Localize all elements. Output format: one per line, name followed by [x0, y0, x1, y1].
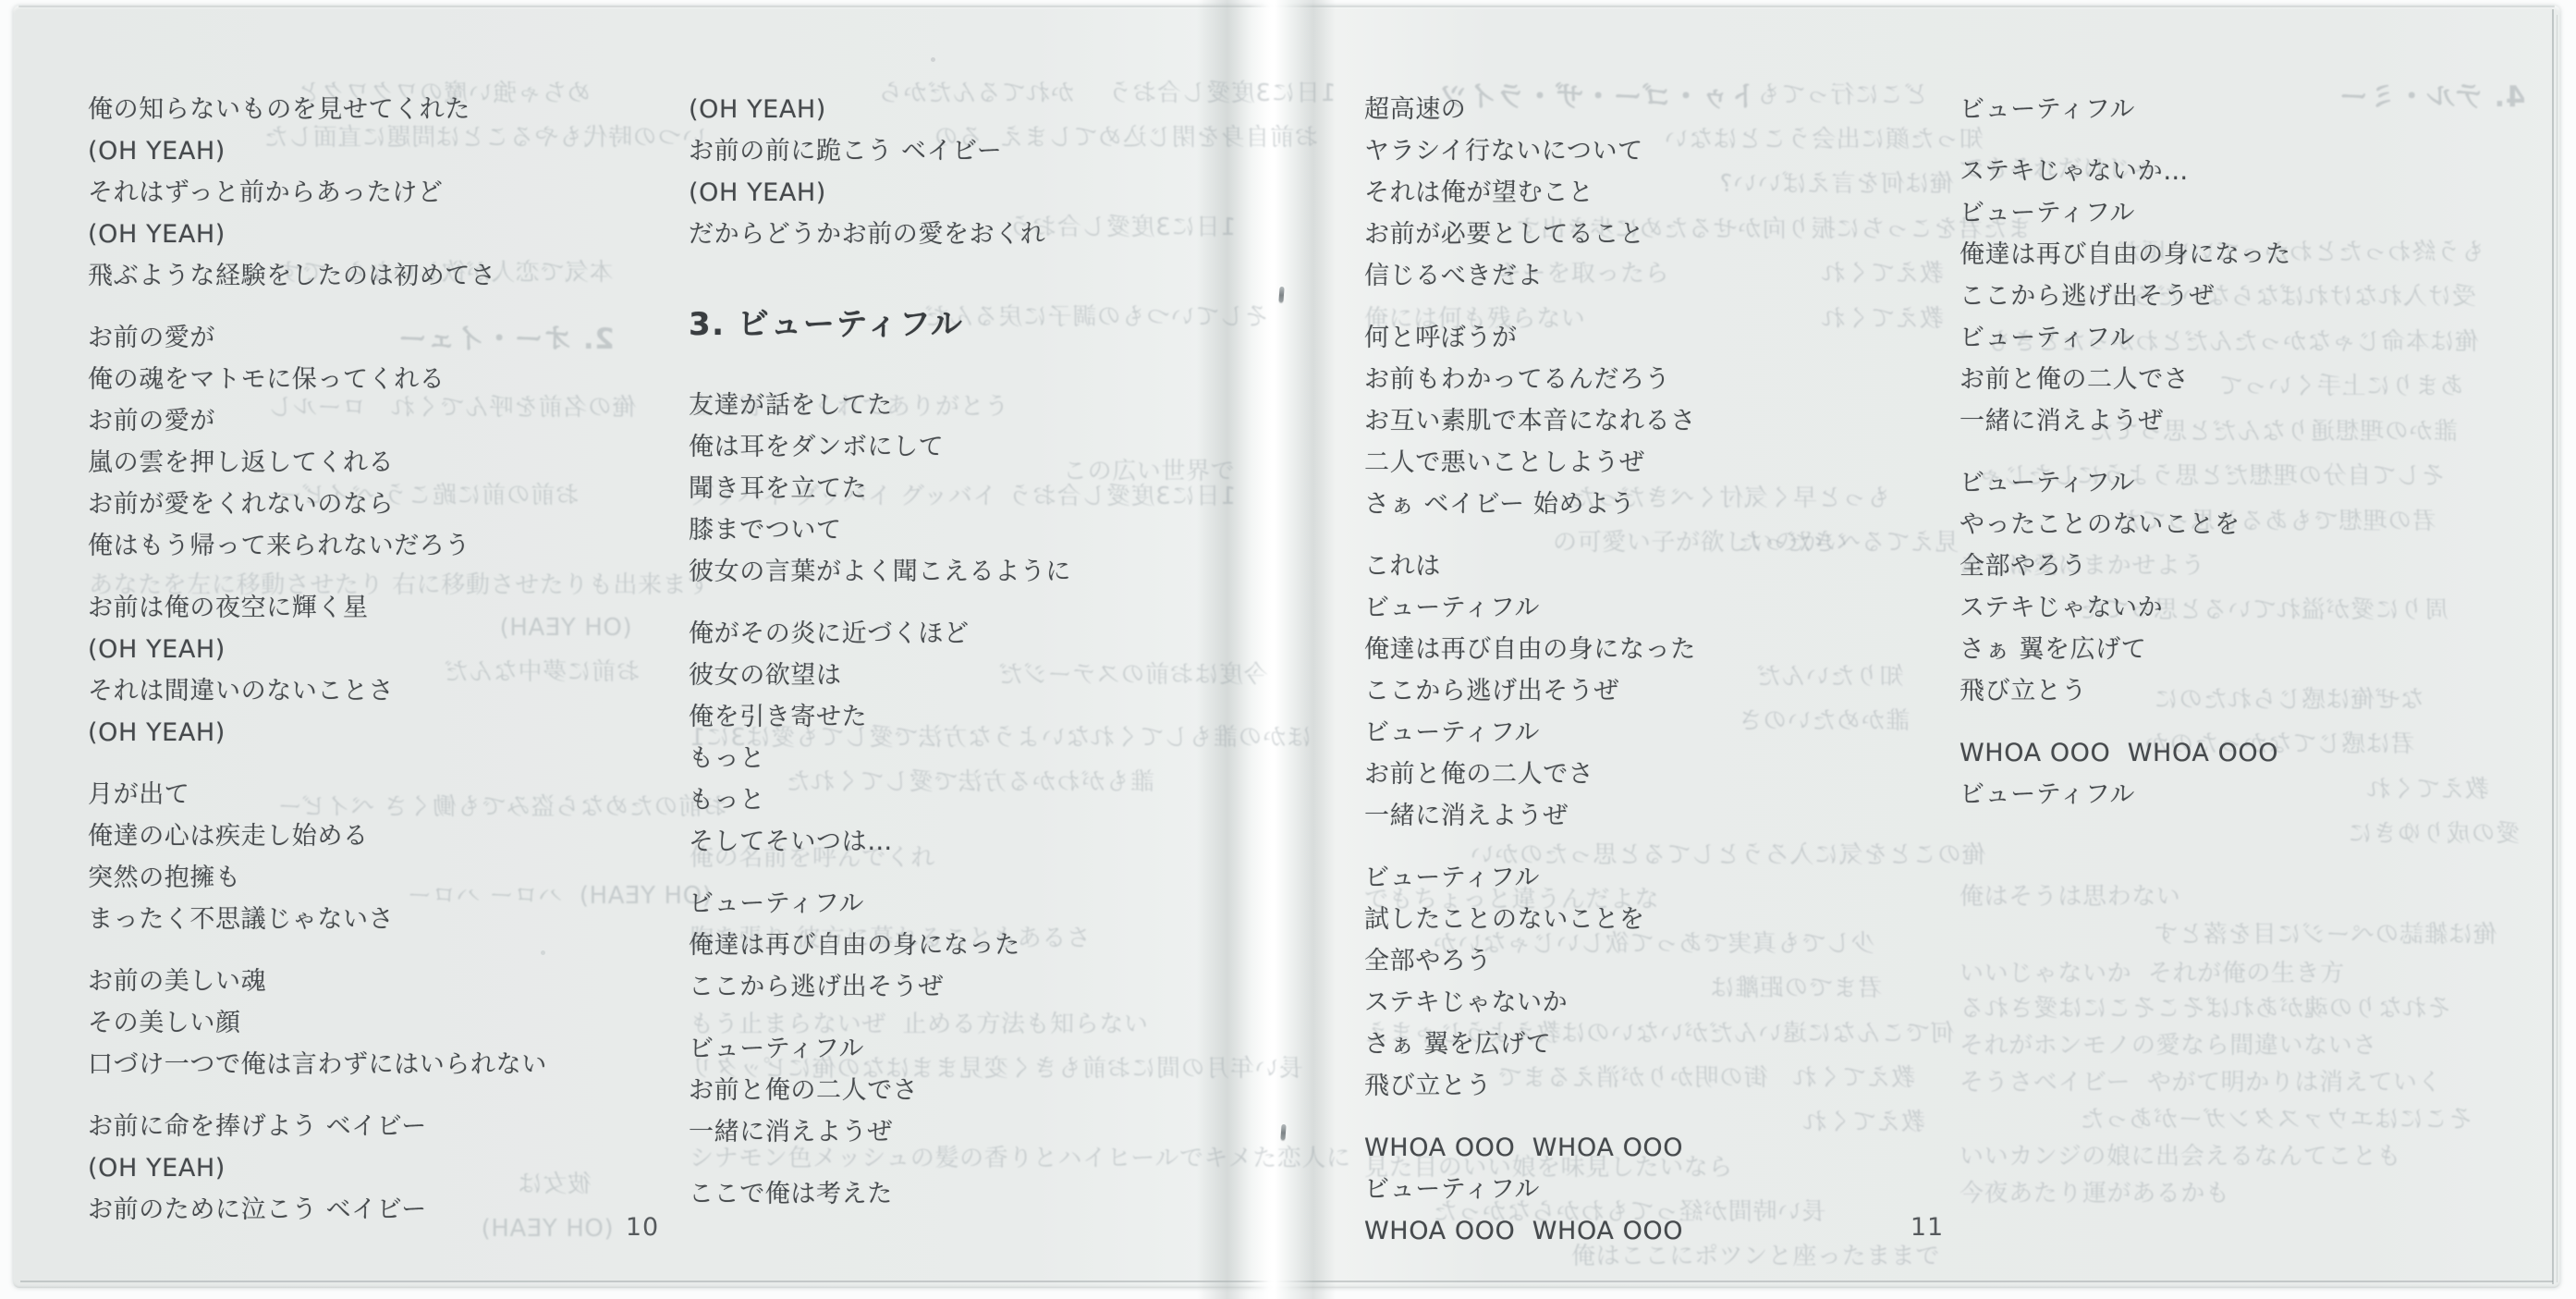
stanza-gap: [1959, 442, 2560, 462]
lyric-line: お前が必要としてること: [1364, 214, 1965, 255]
lyric-line: 俺がその炎に近づくほど: [689, 613, 1289, 655]
lyric-line: 全部やろう: [1364, 940, 1965, 982]
lyrics-column-right-1: 超高速のヤラシイ行ないについてそれは俺が望むことお前が必要としてること信じるべき…: [1364, 89, 1965, 1252]
lyric-line: (OH YEAH): [88, 214, 689, 255]
lyrics-column-right-2: ビューティフルステキじゃないか…ビューティフル俺達は再び自由の身になったここから…: [1959, 89, 2560, 815]
lyric-line: 一緒に消えようぜ: [689, 1111, 1289, 1153]
lyric-line: WHOA OOO WHOA OOO: [1364, 1127, 1965, 1169]
lyric-line: 飛び立とう: [1364, 1065, 1965, 1107]
lyric-line: それは間違いのないことさ: [88, 670, 689, 712]
lyric-line: 飛ぶような経験をしたのは初めてさ: [88, 255, 689, 297]
lyric-line: WHOA OOO WHOA OOO: [1364, 1210, 1965, 1252]
lyric-line: お前もわかってるんだろう: [1364, 359, 1965, 400]
lyric-line: 飛び立とう: [1959, 670, 2560, 712]
lyric-line: 信じるべきだよ: [1364, 255, 1965, 297]
lyric-line: まったく不思議じゃないさ: [88, 899, 689, 940]
scan-dust-speck: [541, 950, 545, 955]
lyric-line: 俺の知らないものを見せてくれた: [88, 89, 689, 130]
bleedthrough-text-line: 今夜あたり運があるかも: [1959, 1180, 2230, 1207]
stanza-gap: [1364, 837, 1965, 857]
lyric-line: もっと: [689, 779, 1289, 821]
lyric-line: 俺の魂をマトモに保ってくれる: [88, 359, 689, 400]
lyric-line: 彼女の言葉がよく聞こえるように: [689, 551, 1289, 593]
page-number-right: 11: [1895, 1213, 1959, 1242]
lyric-line: お互い素肌で本音になれるさ: [1364, 400, 1965, 442]
lyric-line: 俺達は再び自由の身になった: [1364, 629, 1965, 670]
lyric-line: 彼女の欲望は: [689, 655, 1289, 696]
lyric-line: お前の愛が: [88, 400, 689, 442]
lyric-line: 俺はもう帰って来られないだろう: [88, 525, 689, 567]
lyric-line: (OH YEAH): [88, 1147, 689, 1189]
lyric-line: 何と呼ぼうが: [1364, 317, 1965, 359]
lyric-line: 膝までついて: [689, 509, 1289, 551]
lyrics-column-left-2: (OH YEAH)お前の前に跪こう ベイビー(OH YEAH)だからどうかお前の…: [689, 89, 1289, 1215]
lyric-line: それは俺が望むこと: [1364, 172, 1965, 214]
lyric-line: 俺達は再び自由の身になった: [689, 925, 1289, 966]
stanza-gap: [88, 297, 689, 317]
lyric-line: ステキじゃないか: [1959, 587, 2560, 629]
bleedthrough-text-line: そうさベイビー やがて明かりは消えていく: [1959, 1069, 2442, 1097]
lyric-line: そしてそいつは…: [689, 821, 1289, 863]
lyric-line: (OH YEAH): [689, 89, 1289, 130]
scanned-booklet-spread: めちゃ強い魔のワクワクといつの時代もやることは問題に直面した本気で恋人が欲しいな…: [0, 0, 2576, 1299]
lyric-line: 全部やろう: [1959, 545, 2560, 587]
lyric-line: 嵐の雲を押し返してくれる: [88, 442, 689, 484]
lyric-line: (OH YEAH): [689, 172, 1289, 214]
lyric-line: WHOA OOO WHOA OOO: [1959, 732, 2560, 774]
lyric-line: ビューティフル: [1364, 712, 1965, 754]
lyric-line: ビューティフル: [1959, 317, 2560, 359]
stanza-gap: [88, 567, 689, 587]
stanza-gap: [689, 1153, 1289, 1173]
lyric-line: その美しい顔: [88, 1002, 689, 1044]
stanza-gap: [1364, 297, 1965, 317]
bleedthrough-text-line: 愛の成りゆきに: [2348, 820, 2520, 848]
bleedthrough-text-line: それがホンモノの愛なら間違いないさ: [1959, 1032, 2377, 1060]
lyric-line: 俺を引き寄せた: [689, 696, 1289, 738]
stanza-gap: [88, 940, 689, 961]
lyric-line: 友達が話をしてた: [689, 385, 1289, 426]
lyric-line: もっと: [689, 738, 1289, 779]
lyric-line: ここから逃げ出そうぜ: [1959, 276, 2560, 317]
lyric-line: それはずっと前からあったけど: [88, 172, 689, 214]
stanza-gap: [1364, 525, 1965, 545]
lyric-line: ビューティフル: [1959, 89, 2560, 130]
lyric-line: お前と俺の二人でさ: [689, 1070, 1289, 1111]
lyric-line: 超高速の: [1364, 89, 1965, 130]
lyric-line: お前に命を捧げよう ベイビー: [88, 1106, 689, 1147]
lyric-line: 俺達の心は疾走し始める: [88, 815, 689, 857]
bleedthrough-text-line: いいカンジの娘に出会えるなんてことも: [1959, 1143, 2401, 1170]
lyric-line: さぁ ベイビー 始めよう: [1364, 484, 1965, 525]
stanza-gap: [689, 1008, 1289, 1028]
lyric-line: 一緒に消えようぜ: [1364, 795, 1965, 837]
lyric-line: (OH YEAH): [88, 712, 689, 754]
lyric-line: ビューティフル: [689, 1028, 1289, 1070]
lyric-line: お前の愛が: [88, 317, 689, 359]
lyric-line: ここから逃げ出そうぜ: [689, 966, 1289, 1008]
lyric-line: お前は俺の夜空に輝く星: [88, 587, 689, 629]
lyric-line: お前のために泣こう ベイビー: [88, 1189, 689, 1231]
lyric-line: 俺は耳をダンボにして: [689, 426, 1289, 468]
lyric-line: さぁ 翼を広げて: [1364, 1023, 1965, 1065]
stanza-gap: [689, 593, 1289, 613]
lyric-line: お前の美しい魂: [88, 961, 689, 1002]
lyric-line: (OH YEAH): [88, 130, 689, 172]
lyric-line: 一緒に消えようぜ: [1959, 400, 2560, 442]
lyric-line: 突然の抱擁も: [88, 857, 689, 899]
lyric-line: ビューティフル: [1364, 1169, 1965, 1210]
stanza-gap: [1959, 130, 2560, 151]
lyric-line: これは: [1364, 545, 1965, 587]
lyric-line: 口づけ一つで俺は言わずにはいられない: [88, 1044, 689, 1085]
bleedthrough-text-line: 俺は雑誌のページに目を落とす: [2154, 921, 2497, 949]
lyric-line: ビューティフル: [1959, 462, 2560, 504]
lyric-line: 月が出て: [88, 774, 689, 815]
lyric-line: ビューティフル: [1364, 587, 1965, 629]
lyric-line: お前と俺の二人でさ: [1959, 359, 2560, 400]
lyric-line: ビューティフル: [1364, 857, 1965, 899]
page-number-left: 10: [610, 1213, 675, 1242]
lyric-line: 聞き耳を立てた: [689, 468, 1289, 509]
lyric-line: ステキじゃないか…: [1959, 151, 2560, 192]
bleedthrough-text-line: それなりの魂があればそこそこには愛される: [1959, 995, 2451, 1023]
lyric-line: やったことのないことを: [1959, 504, 2560, 545]
lyric-line: お前が愛をくれないのなら: [88, 484, 689, 525]
lyric-line: ビューティフル: [689, 883, 1289, 925]
lyric-line: さぁ 翼を広げて: [1959, 629, 2560, 670]
lyric-line: ビューティフル: [1959, 192, 2560, 234]
lyric-line: 試したことのないことを: [1364, 899, 1965, 940]
lyric-line: ここで俺は考えた: [689, 1173, 1289, 1215]
lyric-line: ここから逃げ出そうぜ: [1364, 670, 1965, 712]
lyric-line: (OH YEAH): [88, 629, 689, 670]
lyric-line: 二人で悪いことしようぜ: [1364, 442, 1965, 484]
bleedthrough-text-line: そこにはエウァスタンガーがあった: [2080, 1106, 2472, 1134]
scan-dust-speck: [931, 57, 935, 62]
stanza-gap: [88, 1085, 689, 1106]
lyric-line: お前の前に跪こう ベイビー: [689, 130, 1289, 172]
stanza-gap: [1364, 1107, 1965, 1127]
lyric-line: ヤラシイ行ないについて: [1364, 130, 1965, 172]
lyric-line: お前と俺の二人でさ: [1364, 754, 1965, 795]
lyric-line: ビューティフル: [1959, 774, 2560, 815]
lyric-line: ステキじゃないか: [1364, 982, 1965, 1023]
stanza-gap: [689, 863, 1289, 883]
lyric-line: だからどうかお前の愛をおくれ: [689, 214, 1289, 255]
lyric-line: 俺達は再び自由の身になった: [1959, 234, 2560, 276]
song-title-heading: 3. ビューティフル: [689, 301, 1289, 348]
bleedthrough-text-line: いいじゃないか それが俺の生き方: [1959, 960, 2345, 987]
bleedthrough-text-line: 俺はそうは思わない: [1959, 883, 2180, 911]
stanza-gap: [88, 754, 689, 774]
lyrics-column-left-1: 俺の知らないものを見せてくれた(OH YEAH)それはずっと前からあったけど(O…: [88, 89, 689, 1231]
stanza-gap: [1959, 712, 2560, 732]
